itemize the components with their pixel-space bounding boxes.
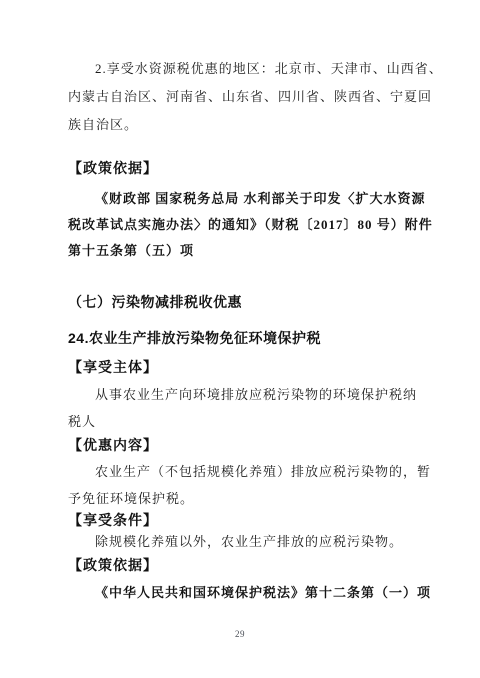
- eligible-subject-label: 【享受主体】: [68, 359, 460, 375]
- eligible-subject-text: 从事农业生产向环境排放应税污染物的环境保护税纳 税人: [68, 381, 460, 435]
- policy-basis-label-pollution: 【政策依据】: [68, 557, 460, 573]
- document-page: 2.享受水资源税优惠的地区：北京市、天津市、山西省、 内蒙古自治区、河南省、山东…: [0, 0, 480, 678]
- item-heading-24-agricultural-pollutants: 24.农业生产排放污染物免征环境保护税: [68, 330, 460, 347]
- eligible-condition-label: 【享受条件】: [68, 512, 460, 528]
- page-number: 29: [0, 629, 480, 639]
- eligible-condition-text: 除规模化养殖以外，农业生产排放的应税污染物。: [68, 528, 460, 555]
- benefit-content-text: 农业生产（不包括规模化养殖）排放应税污染物的，暂 予免征环境保护税。: [68, 458, 460, 512]
- policy-citation-water-tax: 《财政部 国家税务总局 水利部关于印发〈扩大水资源 税改革试点实施办法〉的通知》…: [68, 186, 460, 264]
- policy-citation-pollution: 《中华人民共和国环境保护税法》第十二条第（一）项: [68, 580, 460, 606]
- policy-basis-label-water-tax: 【政策依据】: [68, 160, 460, 176]
- section-heading-pollution-reduction: （七）污染物减排税收优惠: [68, 294, 460, 311]
- benefit-content-label: 【优惠内容】: [68, 437, 460, 453]
- water-tax-regions-paragraph: 2.享受水资源税优惠的地区：北京市、天津市、山西省、 内蒙古自治区、河南省、山东…: [68, 55, 460, 139]
